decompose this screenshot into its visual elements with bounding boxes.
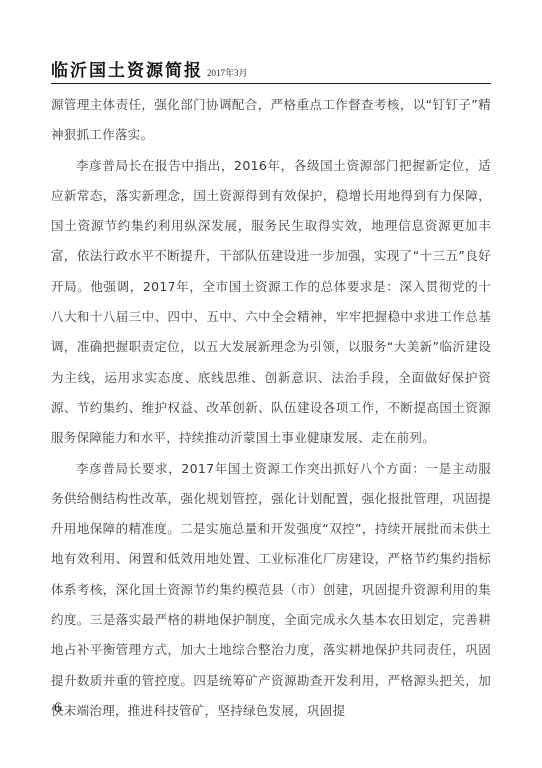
document-body: 源管理主体责任，强化部门协调配合，严格重点工作督查考核，以“钉钉子”精神狠抓工作… (51, 90, 491, 726)
publication-title: 临沂国土资源简报 (51, 61, 203, 83)
page-number: 6 (54, 700, 62, 717)
paragraph-report-summary: 李彦普局长在报告中指出，2016年，各级国土资源部门把握新定位，适应新常态，落实… (51, 151, 491, 454)
publication-date: 2017年3月 (207, 66, 248, 83)
paragraph-requirements: 李彦普局长要求，2017年国土资源工作突出抓好八个方面：一是主动服务供给侧结构性… (51, 454, 491, 727)
document-header: 临沂国土资源简报 2017年3月 (51, 60, 491, 84)
paragraph-continuation: 源管理主体责任，强化部门协调配合，严格重点工作督查考核，以“钉钉子”精神狠抓工作… (51, 90, 491, 151)
